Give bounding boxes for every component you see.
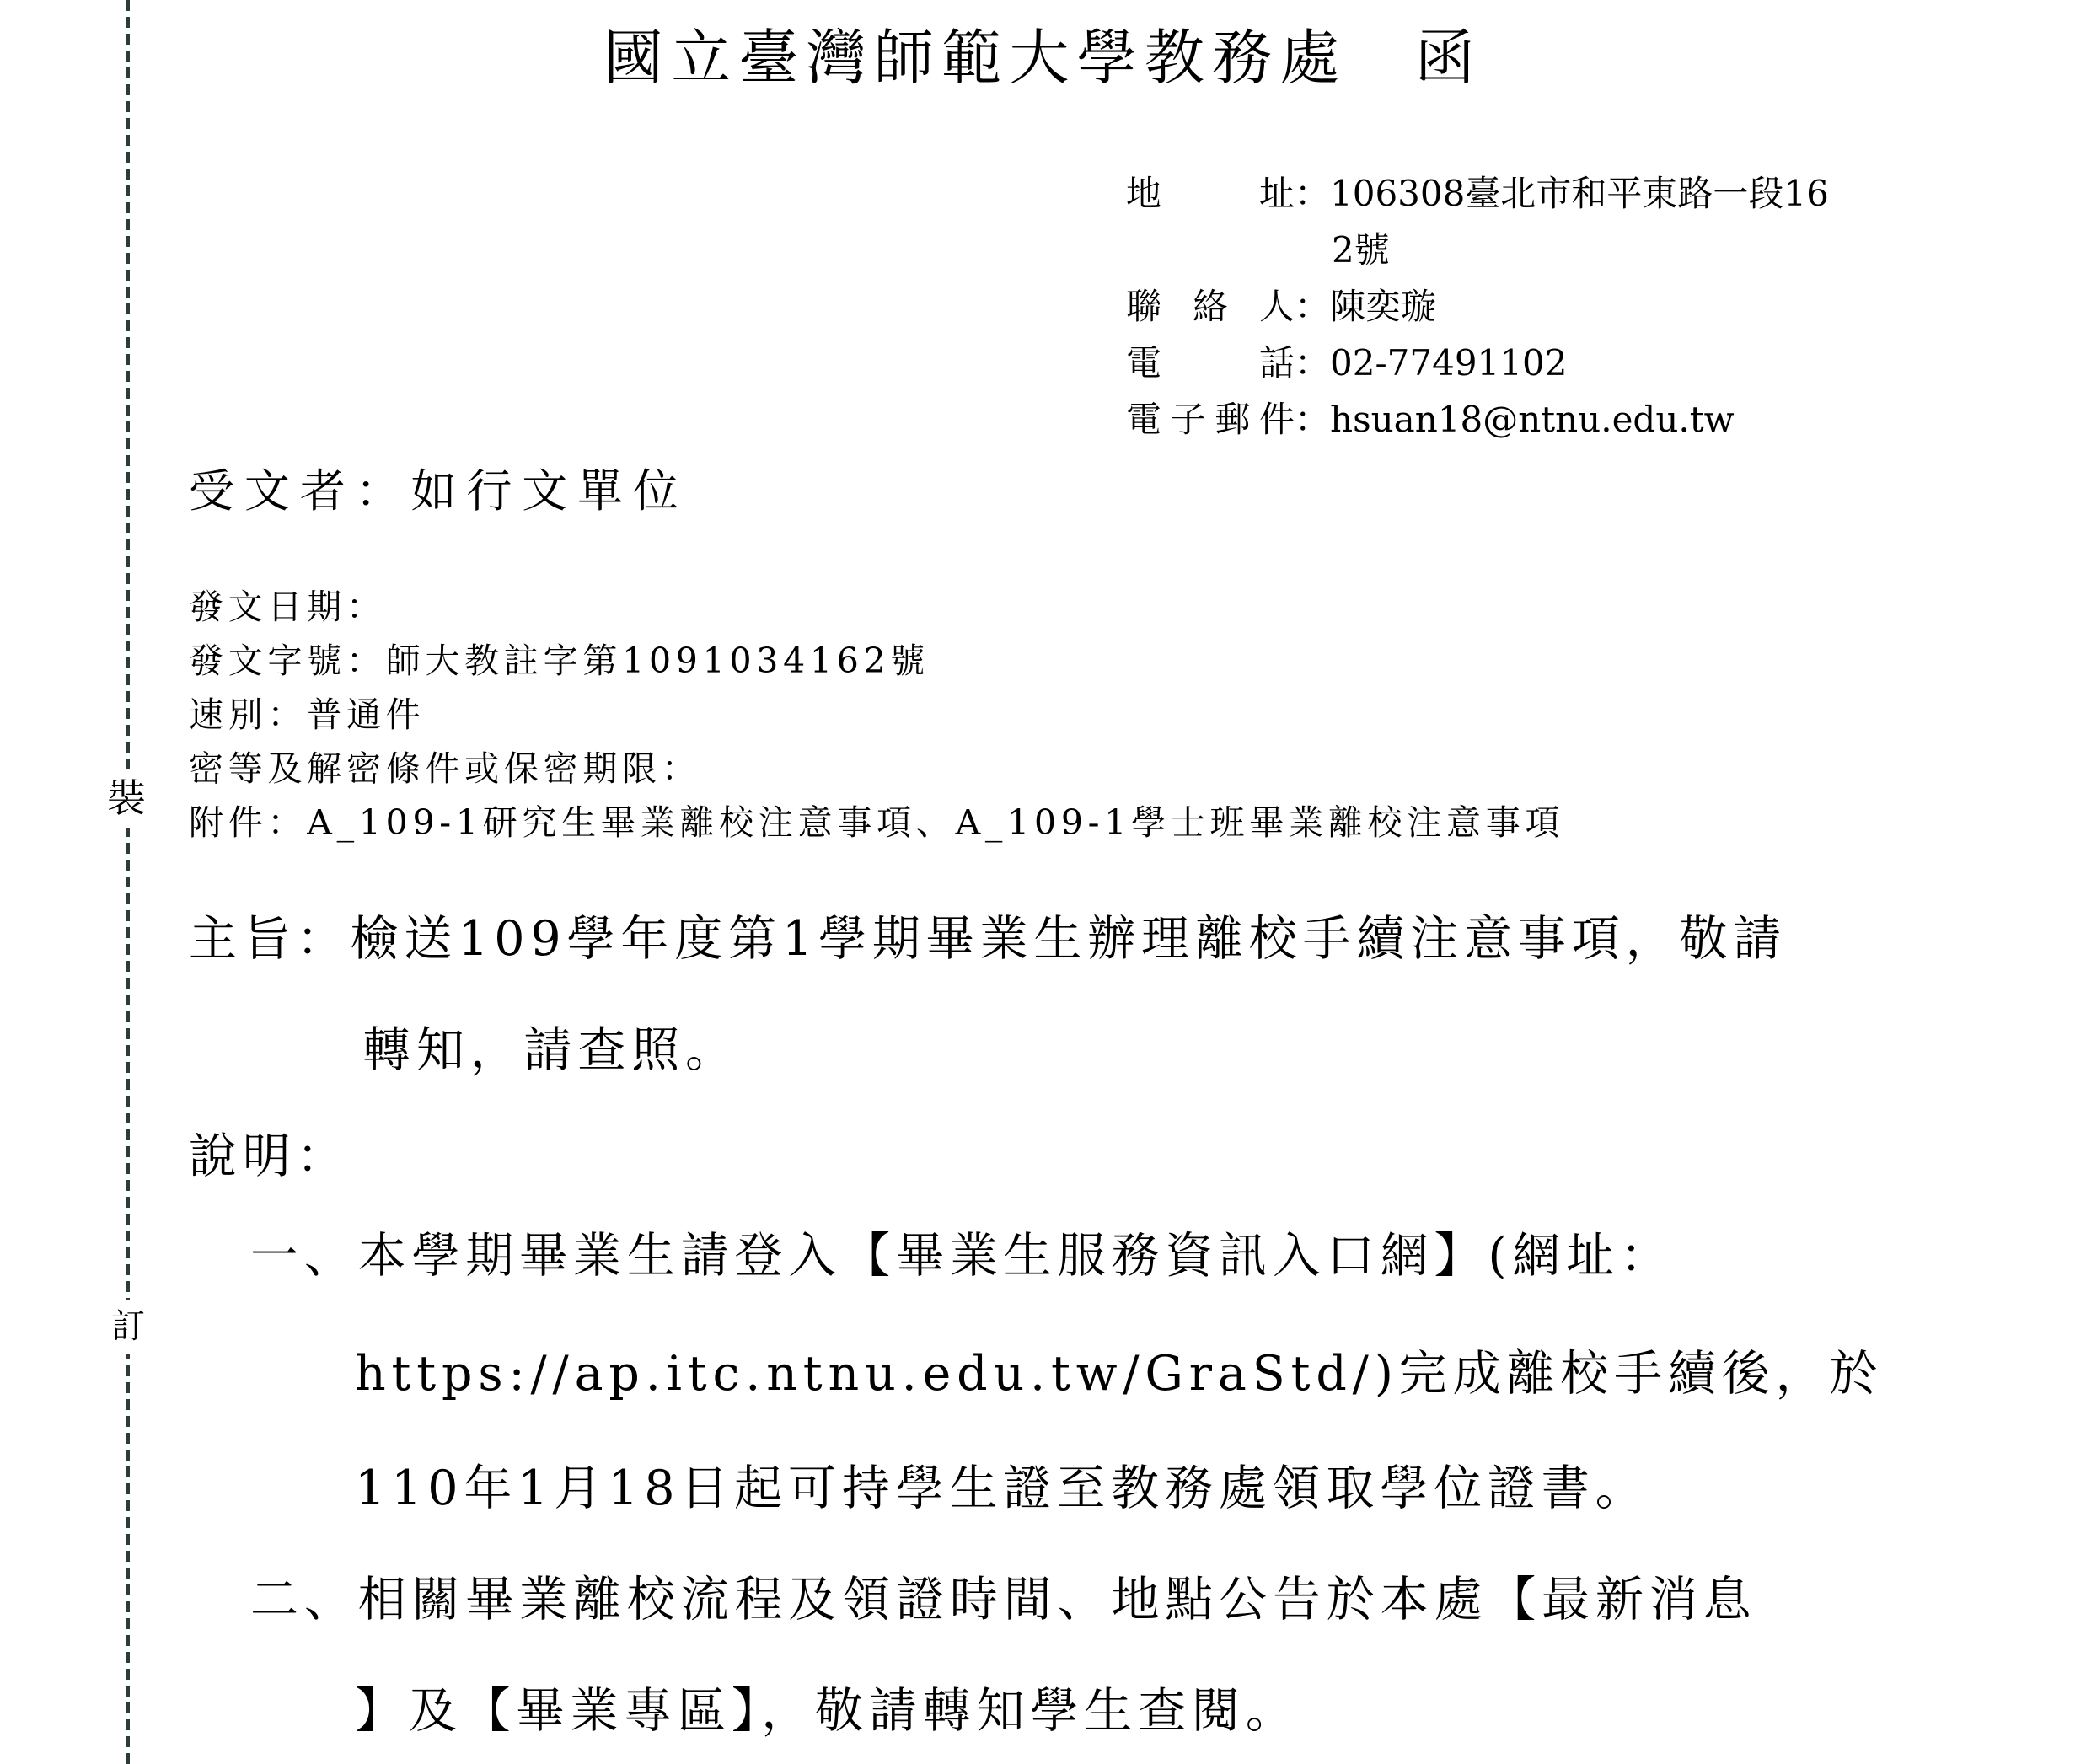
contact-phone-row: 電話：02-77491102	[1126, 335, 1829, 391]
email-value: hsuan18@ntnu.edu.tw	[1330, 391, 1735, 448]
address-colon: ：	[1295, 165, 1330, 222]
contact-person-row: 聯絡人：陳奕璇	[1126, 278, 1829, 335]
meta-doc-number: 發文字號：師大教註字第1091034162號	[189, 634, 1564, 688]
address-value-line1: 106308臺北市和平東路一段16	[1330, 165, 1829, 222]
contact-address-row-wrap: 2號	[1126, 222, 1829, 278]
margin-mark-stapling: 訂	[109, 1300, 147, 1354]
meta-attachments: 附件：A_109-1研究生畢業離校注意事項、A_109-1學士班畢業離校注意事項	[189, 796, 1564, 850]
subject-line-1: 主旨：檢送109學年度第1學期畢業生辦理離校手續注意事項，敬請	[189, 910, 1787, 968]
binding-dashed-line	[126, 0, 130, 1764]
sender-contact-block: 地址：106308臺北市和平東路一段16 2號 聯絡人：陳奕璇 電話：02-77…	[1126, 165, 1829, 448]
document-title: 國立臺灣師範大學教務處 函	[0, 10, 2086, 96]
contact-address-row: 地址：106308臺北市和平東路一段16	[1126, 165, 1829, 222]
contact-person-value: 陳奕璇	[1330, 278, 1436, 335]
email-colon: ：	[1295, 391, 1330, 448]
contact-person-label: 聯絡人	[1126, 278, 1295, 335]
explanation-item2-line2: 】及【畢業專區】，敬請轉知學生查閱。	[355, 1682, 1300, 1740]
explanation-item2-line1: 二、相關畢業離校流程及領證時間、地點公告於本處【最新消息	[250, 1571, 1757, 1628]
official-letter-page: 裝 訂 國立臺灣師範大學教務處 函 地址：106308臺北市和平東路一段16 2…	[0, 0, 2086, 1764]
meta-issue-date: 發文日期：	[189, 580, 1564, 634]
address-label: 地址	[1126, 165, 1295, 222]
address-value-line2: 2號	[1332, 222, 1390, 278]
contact-email-row: 電子郵件：hsuan18@ntnu.edu.tw	[1126, 391, 1829, 448]
phone-value: 02-77491102	[1330, 335, 1567, 391]
meta-speed: 速別：普通件	[189, 688, 1564, 742]
meta-security: 密等及解密條件或保密期限：	[189, 742, 1564, 796]
explanation-heading: 說明：	[189, 1128, 351, 1185]
document-meta-block: 發文日期： 發文字號：師大教註字第1091034162號 速別：普通件 密等及解…	[189, 580, 1564, 850]
explanation-item1-line3: 110年1月18日起可持學生證至教務處領取學位證書。	[355, 1460, 1649, 1517]
phone-colon: ：	[1295, 335, 1330, 391]
margin-mark-binding: 裝	[105, 769, 148, 828]
address-wrap-indent	[1126, 222, 1332, 278]
recipient-line: 受文者：如行文單位	[189, 455, 689, 520]
explanation-item1-line1: 一、本學期畢業生請登入【畢業生服務資訊入口網】(網址：	[250, 1227, 1674, 1284]
email-label: 電子郵件	[1126, 391, 1295, 448]
explanation-item1-line2-url: https://ap.itc.ntnu.edu.tw/GraStd/)完成離校手…	[355, 1345, 1883, 1402]
phone-label: 電話	[1126, 335, 1295, 391]
contact-person-colon: ：	[1295, 278, 1330, 335]
subject-line-2: 轉知，請查照。	[362, 1021, 739, 1079]
